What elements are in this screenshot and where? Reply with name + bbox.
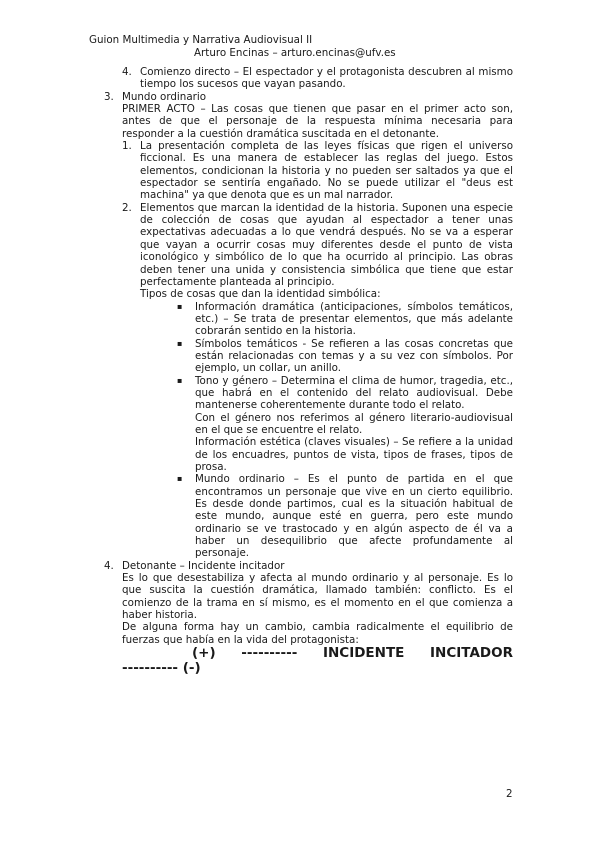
list-number: 4. — [122, 66, 132, 78]
section-heading: Detonante – Incidente incitador — [122, 560, 284, 572]
detonante-paragraph-2: De alguna forma hay un cambio, cambia ra… — [122, 621, 513, 646]
tipos-label: Tipos de cosas que dan la identidad simb… — [140, 288, 513, 300]
primer-acto-paragraph: PRIMER ACTO – Las cosas que tienen que p… — [122, 103, 513, 140]
list-number: 2. — [122, 202, 132, 214]
minus-sign: (-) — [183, 660, 201, 676]
dash-line: ---------- — [241, 646, 297, 661]
bullet-simbolos-tematicos: ▪ Símbolos temáticos - Se refieren a las… — [195, 338, 513, 375]
list-number: 3. — [104, 91, 114, 103]
bullet-text: Información dramática (anticipaciones, s… — [195, 301, 513, 338]
incitador-word: INCITADOR — [430, 646, 513, 661]
incidente-word: INCIDENTE — [323, 646, 404, 661]
section-heading: Mundo ordinario — [122, 91, 206, 103]
document-body: 4. Comienzo directo – El espectador y el… — [89, 66, 513, 676]
bullet-mundo-ordinario: ▪ Mundo ordinario – Es el punto de parti… — [195, 473, 513, 559]
bullet-icon: ▪ — [177, 301, 182, 313]
list-number: 1. — [122, 140, 132, 152]
incidente-incitador-diagram: (+) ---------- INCIDENTE INCITADOR -----… — [122, 646, 513, 676]
header-course-title: Guion Multimedia y Narrativa Audiovisual… — [89, 34, 312, 46]
list-item-text: Elementos que marcan la identidad de la … — [140, 202, 513, 288]
plus-sign: (+) — [192, 646, 216, 661]
list-item-text: Comienzo directo – El espectador y el pr… — [140, 66, 513, 90]
bullet-icon: ▪ — [177, 473, 182, 485]
list-number: 4. — [104, 560, 114, 572]
genero-paragraph: Con el género nos referimos al género li… — [195, 412, 513, 437]
informacion-estetica-paragraph: Información estética (claves visuales) –… — [195, 436, 513, 473]
bullet-icon: ▪ — [177, 375, 182, 387]
list-item-mundo-ordinario: 3. Mundo ordinario — [122, 91, 513, 103]
subitem-identidad-historia: 2. Elementos que marcan la identidad de … — [140, 202, 513, 288]
list-item-text: La presentación completa de las leyes fí… — [140, 140, 513, 201]
bullet-tono-genero: ▪ Tono y género – Determina el clima de … — [195, 375, 513, 412]
dash-line: ---------- — [122, 660, 178, 676]
subitem-leyes-fisicas: 1. La presentación completa de las leyes… — [140, 140, 513, 202]
bullet-text: Tono y género – Determina el clima de hu… — [195, 375, 513, 412]
header-author: Arturo Encinas – arturo.encinas@ufv.es — [194, 47, 396, 59]
list-item-detonante: 4. Detonante – Incidente incitador — [122, 560, 513, 572]
list-item-comienzo-directo: 4. Comienzo directo – El espectador y el… — [140, 66, 513, 91]
detonante-paragraph-1: Es lo que desestabiliza y afecta al mund… — [122, 572, 513, 621]
bullet-informacion-dramatica: ▪ Información dramática (anticipaciones,… — [195, 301, 513, 338]
document-page: Guion Multimedia y Narrativa Audiovisual… — [0, 0, 599, 848]
bullet-text: Mundo ordinario – Es el punto de partida… — [195, 473, 513, 559]
bullet-icon: ▪ — [177, 338, 182, 350]
page-number: 2 — [506, 788, 513, 800]
bullet-text: Símbolos temáticos - Se refieren a las c… — [195, 338, 513, 375]
